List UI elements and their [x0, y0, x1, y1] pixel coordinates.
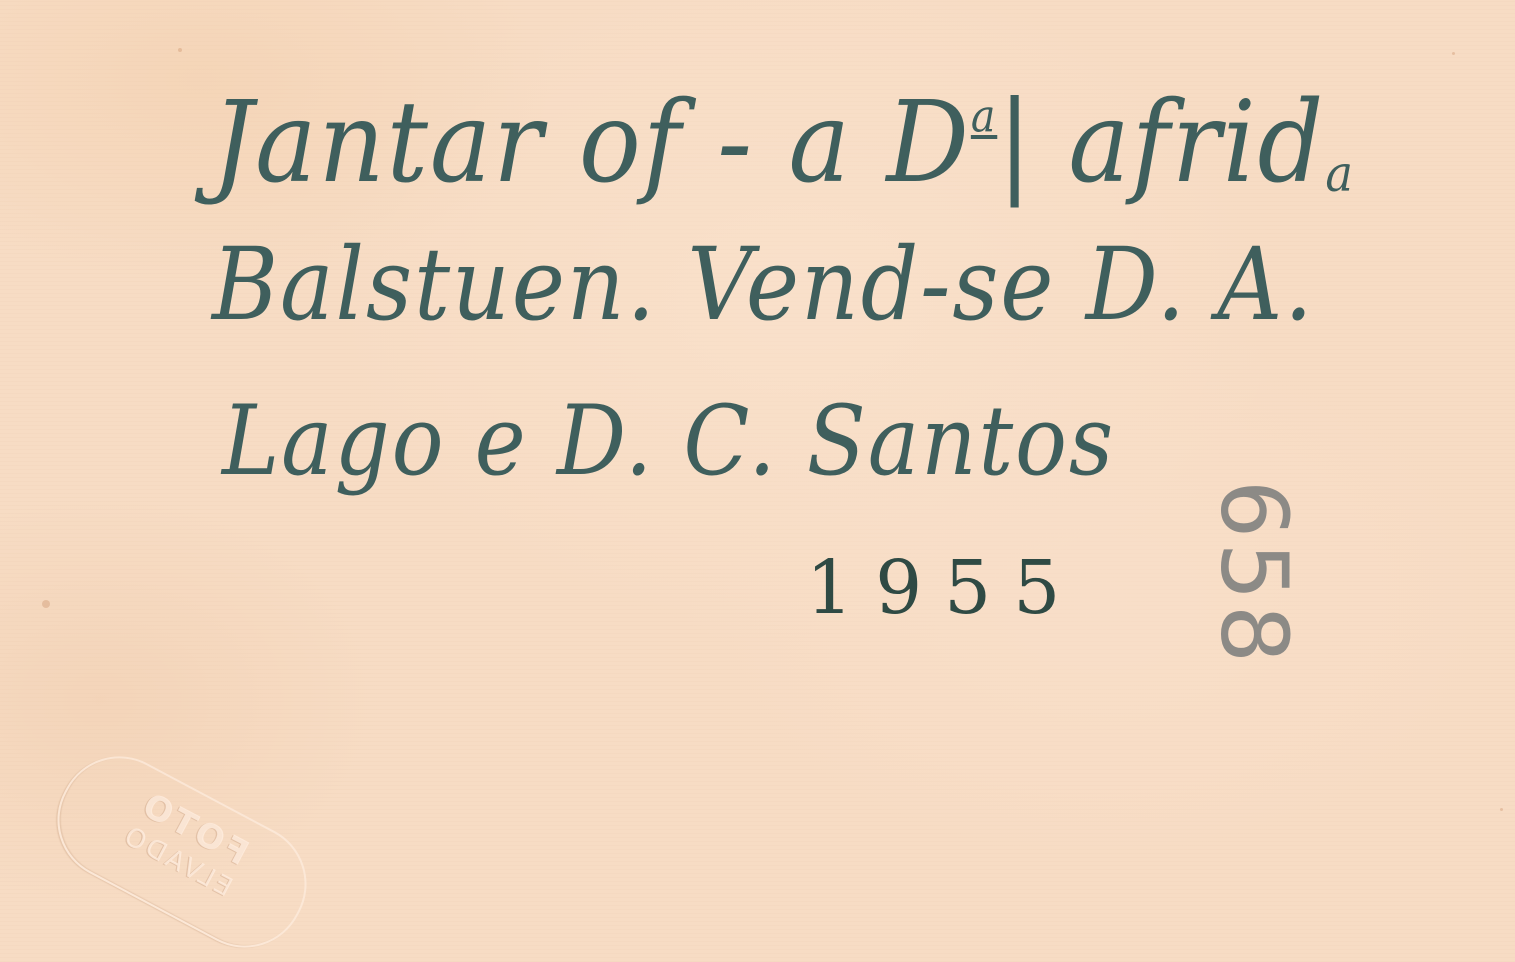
paper-stain — [1452, 52, 1455, 55]
embossed-studio-stamp: FOTO ELVADO — [36, 735, 327, 962]
inscription-line-1-part-b: | afrid — [997, 78, 1325, 208]
inscription-line-1-part-a: Jantar of - a D — [212, 78, 971, 208]
inscription-line-1: Jantar of - a Da| afrida — [212, 78, 1355, 208]
inscription-line-1-superscript: a — [971, 90, 997, 143]
inscription-line-1-subscript: a — [1325, 144, 1354, 203]
paper-stain — [1500, 808, 1503, 811]
photo-card-back: Jantar of - a Da| afrida Balstuen. Vend-… — [0, 0, 1515, 962]
inscription-line-3: Lago e D. C. Santos — [222, 385, 1115, 497]
paper-stain — [42, 600, 50, 608]
inscription-line-2: Balstuen. Vend-se D. A. — [212, 226, 1315, 343]
pencil-catalog-number: 658 — [1200, 480, 1307, 668]
paper-stain — [178, 48, 182, 52]
inscription-year: 1955 — [806, 545, 1082, 631]
